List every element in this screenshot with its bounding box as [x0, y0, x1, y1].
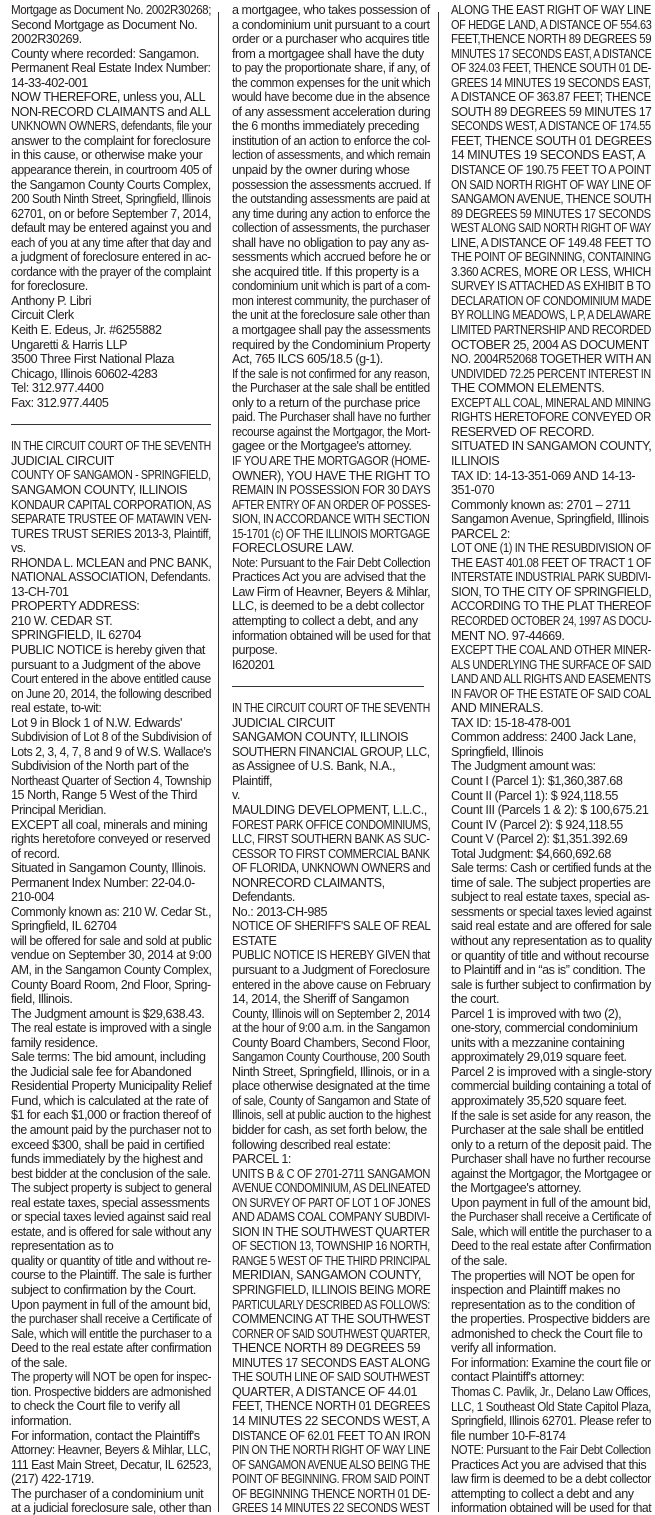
text-line: KONDAUR CAPITAL CORPORATION, AS: [11, 498, 190, 513]
notice-kondaur-continuation: a mortgagee, who takes possession ofa co…: [232, 3, 430, 672]
text-line: Sale terms: The bid amount, including: [11, 1050, 211, 1065]
text-line: No.: 2013-CH-985: [232, 905, 430, 920]
text-line: the amount paid by the purchaser not to: [11, 1123, 206, 1138]
text-line: JUDICIAL CIRCUIT: [11, 454, 211, 469]
text-line: LINE, A DISTANCE OF 149.48 FEET TO: [451, 236, 640, 251]
text-line: only to a return of the deposit paid. Th…: [451, 1138, 651, 1153]
text-line: Count II (Parcel 1): $ 924,118.55: [451, 789, 651, 804]
text-line: unpaid by the owner during whose: [232, 163, 430, 178]
text-line: AND ADAMS COAL COMPANY SUBDIVI-: [232, 1210, 409, 1225]
text-line: Purchaser shall have no further recourse: [451, 1152, 641, 1167]
text-line: funds immediately by the highest and: [11, 1152, 211, 1167]
text-line: The purchaser of a condominium unit: [11, 1487, 211, 1502]
text-line: AM, in the Sangamon County Complex,: [11, 963, 206, 978]
text-line: gagee or the Mortgagee's attorney.: [232, 439, 430, 454]
text-line: JUDICIAL CIRCUIT: [232, 716, 430, 731]
text-line: SURVEY IS ATTACHED AS EXHIBIT B TO: [451, 279, 629, 294]
text-line: DECLARATION OF CONDOMINIUM MADE: [451, 294, 623, 309]
text-line: RHONDA L. MCLEAN and PNC BANK,: [11, 556, 205, 571]
text-line: quality or quantity of title and without…: [11, 1254, 208, 1269]
text-line: THENCE NORTH 89 DEGREES 59: [232, 1341, 430, 1356]
text-line: a mortgagee shall pay the assessments: [232, 323, 423, 338]
text-line: course to the Plaintiff. The sale is fur…: [11, 1268, 206, 1283]
notice-mortgage-continuation: Mortgage as Document No. 2002R30268;Seco…: [11, 3, 211, 410]
column-2: a mortgagee, who takes possession ofa co…: [232, 3, 430, 1515]
text-line: OF SANGAMON AVENUE ALSO BEING THE: [232, 1458, 395, 1473]
text-line: TAX ID: 15-18-478-001: [451, 716, 651, 731]
text-line: shall have no obligation to pay any as-: [232, 236, 430, 251]
text-line: possession the assessments accrued. If: [232, 178, 422, 193]
text-line: Sangamon County Courthouse, 200 South: [232, 1050, 409, 1065]
text-line: CORNER OF SAID SOUTHWEST QUARTER,: [232, 1327, 391, 1342]
text-line: a judgment of foreclosure entered in ac-: [11, 250, 206, 265]
text-line: LLC, is deemed to be a debt collector: [232, 599, 430, 614]
text-line: The subject property is subject to gener…: [11, 1181, 201, 1196]
text-line: Sale, which will entitle the purchaser t…: [11, 1327, 203, 1342]
text-line: said real estate and are offered for sal…: [451, 919, 651, 934]
text-line: 351-070: [451, 483, 651, 498]
text-line: Law Firm of Heavner, Beyers & Mihlar,: [232, 585, 430, 600]
text-line: information.: [11, 1414, 211, 1429]
text-line: approximately 29,019 square feet.: [451, 1050, 651, 1065]
text-line: NONRECORD CLAIMANTS,: [232, 876, 430, 891]
text-line: Principal Meridian.: [11, 803, 211, 818]
text-line: recourse against the Mortgagor, the Mort…: [232, 425, 416, 440]
text-line: OF 324.03 FEET, THENCE SOUTH 01 DE-: [451, 61, 627, 76]
text-line: or special taxes levied against said rea…: [11, 1210, 210, 1225]
text-line: 3.360 ACRES, MORE OR LESS, WHICH: [451, 265, 636, 280]
text-line: OCTOBER 25, 2004 AS DOCUMENT: [451, 338, 651, 353]
text-line: paid. The Purchaser shall have no furthe…: [232, 410, 417, 425]
text-line: PARTICULARLY DESCRIBED AS FOLLOWS:: [232, 1298, 393, 1313]
text-line: 15-1701 (c) OF THE ILLINOIS MORTGAGE: [232, 527, 402, 542]
text-line: one-story, commercial condominium: [451, 1021, 651, 1036]
text-line: A DISTANCE OF 363.87 FEET; THENCE: [451, 90, 637, 105]
text-line: bidder for cash, as set forth below, the: [232, 1123, 430, 1138]
text-line: on June 20, 2014, the following describe…: [11, 687, 198, 702]
text-line: For information: Examine the court file …: [451, 1356, 642, 1371]
text-line: a condominium unit pursuant to a court: [232, 18, 427, 33]
text-line: purpose.: [232, 643, 430, 658]
text-line: information obtained will be used for th…: [232, 629, 421, 644]
text-line: OF FLORIDA, UNKNOWN OWNERS and: [232, 861, 410, 876]
text-line: MINUTES 17 SECONDS EAST ALONG: [232, 1356, 419, 1371]
text-line: order or a purchaser who acquires title: [232, 32, 430, 47]
column-divider: [438, 12, 439, 1512]
text-line: attempting to collect a debt and any: [451, 1487, 651, 1502]
text-line: of record.: [11, 847, 211, 862]
text-line: the court.: [451, 992, 651, 1007]
text-line: the 6 months immediately preceding: [232, 119, 430, 134]
text-line: FEET, THENCE SOUTH 01 DEGREES: [451, 134, 645, 149]
text-line: against the Mortgagor, the Mortgagee or: [451, 1167, 644, 1182]
text-line: BY ROLLING MEADOWS, L P, A DELAWARE: [451, 308, 617, 323]
text-line: If the sale is set aside for any reason,…: [451, 1109, 641, 1124]
text-line: estate, and is offered for sale without …: [11, 1225, 201, 1240]
text-line: Court entered in the above entitled caus…: [11, 672, 200, 687]
text-line: If the sale is not confirmed for any rea…: [232, 367, 414, 382]
text-line: Mortgage as Document No. 2002R30268;: [11, 3, 195, 18]
text-line: Ninth Street, Springfield, Illinois, or …: [232, 1065, 430, 1080]
text-line: required by the Condominium Property: [232, 338, 428, 353]
text-line: Practices Act you are advised that the: [232, 570, 430, 585]
text-line: The Judgment amount was:: [451, 759, 651, 774]
text-line: PIN ON THE NORTH RIGHT OF WAY LINE: [232, 1443, 402, 1458]
text-line: The real estate is improved with a singl…: [11, 1021, 205, 1036]
text-line: vs.: [11, 541, 211, 556]
text-line: ALS UNDERLYING THE SURFACE OF SAID: [451, 658, 618, 673]
text-line: exceed $300, shall be paid in certified: [11, 1138, 211, 1153]
text-line: family residence.: [11, 1036, 211, 1051]
text-line: GREES 14 MINUTES 22 SECONDS WEST: [232, 1501, 402, 1515]
text-line: Ungaretti & Harris LLP: [11, 338, 211, 353]
text-line: she acquired title. If this property is …: [232, 265, 430, 280]
text-line: file number 10-F-8174: [451, 1429, 651, 1444]
text-line: 14, 2014, the Sheriff of Sangamon: [232, 992, 430, 1007]
text-line: Anthony P. Libri: [11, 294, 211, 309]
text-line: Sale, which will entitle the purchaser t…: [451, 1225, 643, 1240]
text-line: FEET,THENCE NORTH 89 DEGREES 59: [451, 32, 633, 47]
text-line: THE SOUTH LINE OF SAID SOUTHWEST: [232, 1370, 404, 1385]
text-line: PARCEL 2:: [451, 527, 651, 542]
text-line: approximately 35,520 square feet.: [451, 1094, 651, 1109]
text-line: 210-004: [11, 890, 211, 905]
text-line: sessments or special taxes levied agains…: [451, 905, 639, 920]
text-line: the unit at the foreclosure sale other t…: [232, 308, 419, 323]
text-line: cordance with the prayer of the complain…: [11, 265, 200, 280]
text-line: For information, contact the Plaintiff's: [11, 1429, 211, 1444]
text-line: Upon payment in full of the amount bid,: [11, 1298, 209, 1313]
text-line: INTERSTATE INDUSTRIAL PARK SUBDIVI-: [451, 570, 622, 585]
text-line: Situated in Sangamon County, Illinois.: [11, 861, 211, 876]
text-line: sale is further subject to confirmation …: [451, 978, 648, 993]
text-line: $1 for each $1,000 or fraction thereof o…: [11, 1108, 208, 1123]
notice-separator: [11, 424, 211, 425]
text-line: NATIONAL ASSOCIATION, Defendants.: [11, 570, 201, 585]
text-line: or quantity of title and without recours…: [451, 949, 651, 964]
text-line: POINT OF BEGINNING. FROM SAID POINT: [232, 1472, 397, 1487]
text-line: as Assignee of U.S. Bank, N.A.,: [232, 759, 430, 774]
text-line: Plaintiff,: [232, 774, 430, 789]
text-line: County, Illinois will on September 2, 20…: [232, 1007, 418, 1022]
text-line: UNDIVIDED 72.25 PERCENT INTEREST IN: [451, 367, 622, 382]
text-line: LOT ONE (1) IN THE RESUBDIVISION OF: [451, 541, 628, 556]
text-line: RESERVED OF RECORD.: [451, 425, 651, 440]
text-line: PARCEL 1:: [232, 1152, 430, 1167]
text-line: SION, IN ACCORDANCE WITH SECTION: [232, 512, 407, 527]
column-1: Mortgage as Document No. 2002R30268;Seco…: [11, 3, 211, 1515]
text-line: attempting to collect a debt, and any: [232, 614, 430, 629]
text-line: the Mortgagee's attorney.: [451, 1181, 651, 1196]
text-line: COUNTY OF SANGAMON - SPRINGFIELD,: [11, 468, 181, 483]
text-line: Count I (Parcel 1): $1,360,387.68: [451, 774, 651, 789]
text-line: the properties. Prospective bidders are: [451, 1312, 651, 1327]
text-line: ACCORDING TO THE PLAT THEREOF: [451, 599, 641, 614]
text-line: SOUTHERN FINANCIAL GROUP, LLC,: [232, 745, 420, 760]
text-line: FEET, THENCE NORTH 01 DEGREES: [232, 1399, 421, 1414]
text-line: 200 South Ninth Street, Springfield, Ill…: [11, 192, 196, 207]
text-line: the Sangamon County Courts Complex,: [11, 178, 204, 193]
text-line: Count V (Parcel 2): $1,351.392.69: [451, 832, 651, 847]
text-line: MERIDIAN, SANGAMON COUNTY,: [232, 1268, 430, 1283]
text-line: 210 W. CEDAR ST.: [11, 614, 211, 629]
text-line: Total Judgment: $4,660,692.68: [451, 847, 651, 862]
column-divider: [218, 12, 219, 1512]
text-line: pursuant to a Judgment of the above: [11, 658, 211, 673]
text-line: answer to the complaint for foreclosure: [11, 134, 211, 149]
text-line: the Judicial sale fee for Abandoned: [11, 1065, 211, 1080]
text-line: SOUTH 89 DEGREES 59 MINUTES 17: [451, 105, 643, 120]
text-line: ILLINOIS: [451, 454, 651, 469]
text-line: Count III (Parcels 1 & 2): $ 100,675.21: [451, 803, 651, 818]
text-line: NON-RECORD CLAIMANTS and ALL: [11, 105, 211, 120]
text-line: MINUTES 17 SECONDS EAST, A DISTANCE: [451, 47, 618, 62]
notice-southern-financial-continuation: ALONG THE EAST RIGHT OF WAY LINEOF HEDGE…: [451, 3, 651, 1515]
text-line: collection of assessments, the purchaser: [232, 221, 419, 236]
text-line: Parcel 1 is improved with two (2),: [451, 1007, 651, 1022]
text-line: at the hour of 9:00 a.m. in the Sangamon: [232, 1021, 418, 1036]
text-line: ON SAID NORTH RIGHT OF WAY LINE OF: [451, 178, 624, 193]
text-line: Chicago, Illinois 60602-4283: [11, 367, 211, 382]
text-line: 3500 Three First National Plaza: [11, 352, 211, 367]
text-line: PROPERTY ADDRESS:: [11, 599, 211, 614]
text-line: UNITS B & C OF 2701-2711 SANGAMON: [232, 1167, 410, 1182]
notice-separator: [232, 686, 424, 687]
text-line: the purchaser shall receive a Certificat…: [11, 1312, 197, 1327]
text-line: NOW THEREFORE, unless you, ALL: [11, 90, 211, 105]
text-line: Sale terms: Cash or certified funds at t…: [451, 861, 642, 876]
text-line: Common address: 2400 Jack Lane,: [451, 730, 651, 745]
text-line: LIMITED PARTNERSHIP AND RECORDED: [451, 323, 623, 338]
text-line: THE COMMON ELEMENTS.: [451, 381, 651, 396]
text-line: real estate, to-wit:: [11, 701, 211, 716]
text-line: admonished to check the Court file to: [451, 1327, 651, 1342]
text-line: real estate taxes, special assessments: [11, 1196, 211, 1211]
text-line: of the sale.: [451, 1254, 651, 1269]
text-line: Upon payment in full of the amount bid,: [451, 1196, 649, 1211]
text-line: condominium unit which is part of a com-: [232, 279, 419, 294]
text-line: PUBLIC NOTICE is hereby given that: [11, 643, 211, 658]
text-line: without any representation as to quality: [451, 934, 651, 949]
text-line: SANGAMON COUNTY, ILLINOIS: [232, 730, 430, 745]
text-line: mon interest community, the purchaser of: [232, 294, 416, 309]
text-line: representation as to: [11, 1239, 211, 1254]
text-line: SPRINGFIELD, ILLINOIS BEING MORE: [232, 1283, 417, 1298]
text-line: FORECLOSURE LAW.: [232, 541, 430, 556]
text-line: Count IV (Parcel 2): $ 924,118.55: [451, 818, 651, 833]
text-line: Fax: 312.977.4405: [11, 396, 211, 411]
text-line: I620201: [232, 658, 430, 673]
text-line: will be offered for sale and sold at pub…: [11, 934, 207, 949]
text-line: NOTICE OF SHERIFF'S SALE OF REAL: [232, 919, 414, 934]
text-line: field, Illinois.: [11, 992, 211, 1007]
text-line: representation as to the condition of: [451, 1298, 651, 1313]
text-line: the outstanding assessments are paid at: [232, 192, 420, 207]
text-line: subject to real estate taxes, special as…: [451, 890, 651, 905]
text-line: lection of assessments, and which remain: [232, 148, 414, 163]
text-line: to Plaintiff and in “as is” condition. T…: [451, 963, 651, 978]
text-line: NOTE: Pursuant to the Fair Debt Collecti…: [451, 1443, 630, 1458]
text-line: Springfield, Illinois 62701. Please refe…: [451, 1414, 642, 1429]
text-line: THE EAST 401.08 FEET OF TRACT 1 OF: [451, 556, 632, 571]
text-line: EXCEPT THE COAL AND OTHER MINER-: [451, 643, 627, 658]
text-line: EXCEPT all coal, minerals and mining: [11, 818, 211, 833]
text-line: RECORDED OCTOBER 24, 1997 AS DOCU-: [451, 614, 618, 629]
text-line: Subdivision of Lot 8 of the Subdivision …: [11, 730, 203, 745]
text-line: a mortgagee, who takes possession of: [232, 3, 429, 18]
text-line: vendue on September 30, 2014 at 9:00: [11, 948, 209, 963]
text-line: each of you at any time after that day a…: [11, 236, 199, 251]
text-line: SECONDS WEST, A DISTANCE OF 174.55: [451, 119, 626, 134]
text-line: IN THE CIRCUIT COURT OF THE SEVENTH: [232, 701, 395, 716]
text-line: UNKNOWN OWNERS, defendants, file your: [11, 119, 185, 134]
text-line: OF HEDGE LAND, A DISTANCE OF 554.63: [451, 18, 625, 33]
text-line: 111 East Main Street, Decatur, IL 62523,: [11, 1458, 204, 1473]
text-line: SITUATED IN SANGAMON COUNTY,: [451, 439, 651, 454]
text-line: to check the Court file to verify all: [11, 1399, 211, 1414]
text-line: Parcel 2 is improved with a single-story: [451, 1065, 651, 1080]
text-line: v.: [232, 788, 430, 803]
text-line: SANGAMON COUNTY, ILLINOIS: [11, 483, 211, 498]
text-line: AVENUE CONDOMINIUM, AS DELINEATED: [232, 1181, 397, 1196]
text-line: tion. Prospective bidders are admonished: [11, 1385, 198, 1400]
text-line: Deed to the real estate after Confirmati…: [451, 1239, 640, 1254]
legal-notices-page: Mortgage as Document No. 2002R30268;Seco…: [0, 0, 655, 1515]
text-line: LLC, 1 Southeast Old State Capitol Plaza…: [451, 1400, 636, 1415]
text-line: Illinois, sell at public auction to the …: [232, 1108, 416, 1123]
text-line: of sale, County of Sangamon and State of: [232, 1094, 414, 1109]
text-line: The Judgment amount is $29,638.43.: [11, 1007, 211, 1022]
text-line: MAULDING DEVELOPMENT, L.L.C.,: [232, 803, 430, 818]
text-line: entered in the above cause on February: [232, 978, 422, 993]
text-line: Practices Act you are advised that this: [451, 1458, 651, 1473]
text-line: contact Plaintiff's attorney:: [451, 1370, 651, 1385]
text-line: information obtained will be used for th…: [451, 1501, 644, 1515]
text-line: Purchaser at the sale shall be entitled: [451, 1123, 651, 1138]
text-line: TAX ID: 14-13-351-069 AND 14-13-: [451, 469, 651, 484]
text-line: at a judicial foreclosure sale, other th…: [11, 1501, 211, 1515]
text-line: IN FAVOR OF THE ESTATE OF SAID COAL: [451, 687, 622, 702]
text-line: best bidder at the conclusion of the sal…: [11, 1167, 204, 1182]
text-line: rights heretofore conveyed or reserved: [11, 832, 211, 847]
text-line: SANGAMON AVENUE, THENCE SOUTH: [451, 192, 633, 207]
text-line: the common expenses for the unit which: [232, 76, 420, 91]
text-line: commercial building containing a total o…: [451, 1079, 645, 1094]
text-line: MENT NO. 97-44669.: [451, 629, 651, 644]
text-line: the Purchaser shall receive a Certificat…: [451, 1210, 635, 1225]
text-line: Northeast Quarter of Section 4, Township: [11, 774, 200, 789]
text-line: Keith E. Edeus, Jr. #6255882: [11, 323, 211, 338]
text-line: Defendants.: [232, 890, 430, 905]
text-line: IF YOU ARE THE MORTGAGOR (HOME-: [232, 454, 409, 469]
text-line: QUARTER, A DISTANCE OF 44.01: [232, 1385, 430, 1400]
text-line: any time during any action to enforce th…: [232, 207, 420, 222]
text-line: SION, TO THE CITY OF SPRINGFIELD,: [451, 585, 640, 600]
text-line: of any assessment acceleration during: [232, 105, 430, 120]
text-line: County where recorded: Sangamon.: [11, 47, 211, 62]
text-line: The properties will NOT be open for: [451, 1269, 651, 1284]
text-line: Act, 765 ILCS 605/18.5 (g-1).: [232, 352, 430, 367]
text-line: to pay the proportionate share, if any, …: [232, 61, 425, 76]
text-line: SEPARATE TRUSTEE OF MATAWIN VEN-: [11, 512, 186, 527]
text-line: SPRINGFIELD, IL 62704: [11, 628, 211, 643]
text-line: GREES 14 MINUTES 19 SECONDS EAST,: [451, 76, 626, 91]
text-line: WEST ALONG SAID NORTH RIGHT OF WAY: [451, 221, 616, 236]
text-line: Sangamon Avenue, Springfield, Illinois: [451, 512, 651, 527]
text-line: LAND AND ALL RIGHTS AND EASEMENTS: [451, 672, 621, 687]
notice-southern-financial-v-maulding: IN THE CIRCUIT COURT OF THE SEVENTHJUDIC…: [232, 701, 430, 1515]
text-line: Note: Pursuant to the Fair Debt Collecti…: [232, 556, 415, 571]
text-line: Lot 9 in Block 1 of N.W. Edwards': [11, 716, 211, 731]
text-line: Permanent Index Number: 22-04.0-: [11, 876, 211, 891]
text-line: ON SURVEY OF PART OF LOT 1 OF JONES: [232, 1196, 395, 1211]
text-line: from a mortgagee shall have the duty: [232, 47, 430, 62]
text-line: Subdivision of the North part of the: [11, 759, 211, 774]
text-line: Second Mortgage as Document No.: [11, 18, 211, 33]
text-line: TURES TRUST SERIES 2013-3, Plaintiff,: [11, 527, 197, 542]
text-line: RANGE 5 WEST OF THE THIRD PRINCIPAL: [232, 1254, 396, 1269]
text-line: 89 DEGREES 59 MINUTES 17 SECONDS: [451, 207, 628, 222]
text-line: Attorney: Heavner, Beyers & Mihlar, LLC,: [11, 1443, 200, 1458]
text-line: Springfield, Illinois: [451, 745, 651, 760]
text-line: would have become due in the absence: [232, 90, 422, 105]
text-line: in this cause, or otherwise make your: [11, 148, 211, 163]
text-line: The property will NOT be open for inspec…: [11, 1370, 197, 1385]
text-line: Permanent Real Estate Index Number:: [11, 61, 210, 76]
text-line: 14-33-402-001: [11, 76, 211, 91]
text-line: AFTER ENTRY OF AN ORDER OF POSSES-: [232, 498, 394, 513]
text-line: inspection and Plaintiff makes no: [451, 1283, 651, 1298]
text-line: FOREST PARK OFFICE CONDOMINIUMS,: [232, 818, 402, 833]
text-line: OF SECTION 13, TOWNSHIP 16 NORTH,: [232, 1239, 408, 1254]
text-line: following described real estate:: [232, 1138, 430, 1153]
text-line: subject to confirmation by the Court.: [11, 1283, 211, 1298]
text-line: RIGHTS HERETOFORE CONVEYED OR: [451, 410, 631, 425]
text-line: 15 North, Range 5 West of the Third: [11, 788, 211, 803]
text-line: Lots 2, 3, 4, 7, 8 and 9 of W.S. Wallace…: [11, 745, 204, 760]
text-line: NO. 2004R52068 TOGETHER WITH AN: [451, 352, 639, 367]
text-line: County Board Room, 2nd Floor, Spring-: [11, 978, 206, 993]
text-line: PUBLIC NOTICE IS HEREBY GIVEN that: [232, 948, 411, 963]
text-line: Thomas C. Pavlik, Jr., Delano Law Office…: [451, 1385, 633, 1400]
text-line: sessments which accrued before he or: [232, 250, 429, 265]
text-line: 14 MINUTES 22 SECONDS WEST, A: [232, 1414, 430, 1429]
text-line: 13-CH-701: [11, 585, 211, 600]
text-line: Tel: 312.977.4400: [11, 381, 211, 396]
text-line: the Purchaser at the sale shall be entit…: [232, 381, 417, 396]
text-line: IN THE CIRCUIT COURT OF THE SEVENTH: [11, 439, 178, 454]
text-line: Residential Property Municipality Relief: [11, 1079, 211, 1094]
column-3: ALONG THE EAST RIGHT OF WAY LINEOF HEDGE…: [451, 3, 651, 1515]
text-line: verify all information.: [451, 1341, 651, 1356]
text-line: 62701, on or before September 7, 2014,: [11, 207, 204, 222]
text-line: pursuant to a Judgment of Foreclosure: [232, 963, 428, 978]
text-line: place otherwise designated at the time: [232, 1079, 430, 1094]
text-line: of the sale.: [11, 1356, 211, 1371]
text-line: ESTATE: [232, 934, 430, 949]
text-line: law firm is deemed to be a debt collecto…: [451, 1472, 644, 1487]
text-line: Commonly known as: 2701 – 2711: [451, 498, 651, 513]
text-line: Fund, which is calculated at the rate of: [11, 1094, 211, 1109]
text-line: Commonly known as: 210 W. Cedar St.,: [11, 905, 204, 920]
text-line: units with a mezzanine containing: [451, 1036, 651, 1051]
text-line: REMAIN IN POSSESSION FOR 30 DAYS: [232, 483, 409, 498]
text-line: LLC, FIRST SOUTHERN BANK AS SUC-: [232, 832, 412, 847]
text-line: SION IN THE SOUTHWEST QUARTER: [232, 1225, 418, 1240]
text-line: DISTANCE OF 190.75 FEET TO A POINT: [451, 163, 634, 178]
text-line: OWNER), YOU HAVE THE RIGHT TO: [232, 469, 426, 484]
text-line: County Board Chambers, Second Floor,: [232, 1036, 421, 1051]
